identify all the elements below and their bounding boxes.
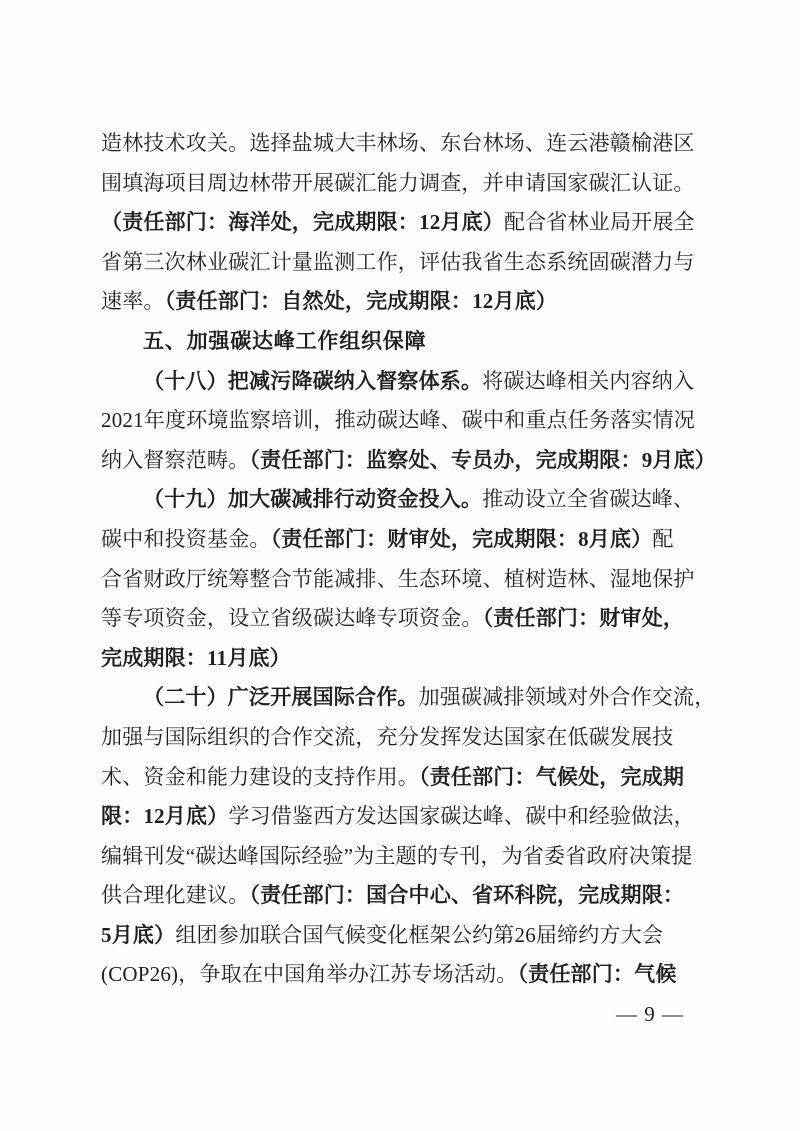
- text-run-kai: （责任部门：财审处，: [483, 606, 685, 630]
- text-line: 供合理化建议。（责任部门：国合中心、省环科院，完成期限：: [101, 876, 711, 916]
- text-run-body: 术、资金和能力建设的支持作用。: [101, 765, 419, 789]
- text-line: (COP26)，争取在中国角举办江苏专场活动。（责任部门：气候: [101, 955, 711, 995]
- text-run-body: 配合省林业局开展全: [504, 210, 695, 234]
- text-run-body: 造林技术攻关。选择盐城大丰林场、东台林场、连云港赣榆港区: [101, 131, 695, 155]
- text-line: 合省财政厅统筹整合节能减排、生态环境、植树造林、湿地保护: [101, 560, 711, 600]
- text-line: 等专项资金，设立省级碳达峰专项资金。（责任部门：财审处，: [101, 599, 711, 639]
- text-line: 省第三次林业碳汇计量监测工作，评估我省生态系统固碳潜力与: [101, 243, 711, 283]
- text-run-kai: 5月底）: [101, 923, 175, 947]
- text-line: （十九）加大碳减排行动资金投入。推动设立全省碳达峰、: [101, 480, 711, 520]
- text-run-kai: （责任部门：气候: [517, 962, 676, 986]
- text-run-body: 编辑刊发“碳达峰国际经验”为主题的专刊，为省委省政府决策提: [101, 844, 692, 868]
- text-run-kai: （责任部门：自然处，完成期限：12月底）: [165, 289, 558, 313]
- text-line: 碳中和投资基金。（责任部门：财审处，完成期限：8月底）配: [101, 520, 711, 560]
- text-line: 完成期限：11月底）: [101, 639, 711, 679]
- text-run-body: 加强与国际组织的合作交流，充分发挥发达国家在低碳发展技: [101, 725, 673, 749]
- text-line: 限：12月底）学习借鉴西方发达国家碳达峰、碳中和经验做法，: [101, 797, 711, 837]
- text-line: （二十）广泛开展国际合作。加强碳减排领域对外合作交流，: [101, 678, 711, 718]
- text-line: 加强与国际组织的合作交流，充分发挥发达国家在低碳发展技: [101, 718, 711, 758]
- text-run-kai: （责任部门：国合中心、省环科院，完成期限：: [249, 883, 684, 907]
- text-run-body: 供合理化建议。: [101, 883, 249, 907]
- text-run-body: 加强碳减排领域对外合作交流，: [419, 685, 716, 709]
- text-run-body: 速率。: [101, 289, 165, 313]
- text-run-body: 配: [652, 527, 673, 551]
- text-run-body: 学习借鉴西方发达国家碳达峰、碳中和经验做法，: [228, 804, 694, 828]
- text-run-kai: （责任部门：海洋处，完成期限：12月底）: [101, 210, 504, 234]
- page-number: — 9 —: [616, 1001, 684, 1027]
- text-run-body: 碳中和投资基金。: [101, 527, 271, 551]
- document-page: 造林技术攻关。选择盐城大丰林场、东台林场、连云港赣榆港区围填海项目周边林带开展碳…: [0, 0, 800, 1131]
- text-run-body: 2021年度环境监察培训，推动碳达峰、碳中和重点任务落实情况: [101, 408, 695, 432]
- text-line: （责任部门：海洋处，完成期限：12月底）配合省林业局开展全: [101, 203, 711, 243]
- text-line: （十八）把减污降碳纳入督察体系。将碳达峰相关内容纳入: [101, 362, 711, 402]
- text-line: 术、资金和能力建设的支持作用。（责任部门：气候处，完成期: [101, 758, 711, 798]
- text-run-body: 推动设立全省碳达峰、: [482, 487, 694, 511]
- text-run-lead: （二十）广泛开展国际合作。: [143, 685, 419, 709]
- text-run-body: 围填海项目周边林带开展碳汇能力调查，并申请国家碳汇认证。: [101, 171, 695, 195]
- text-line: 速率。（责任部门：自然处，完成期限：12月底）: [101, 282, 711, 322]
- text-run-lead: （十九）加大碳减排行动资金投入。: [143, 487, 482, 511]
- text-line: 纳入督察范畴。（责任部门：监察处、专员办，完成期限：9月底）: [101, 441, 711, 481]
- document-body: 造林技术攻关。选择盐城大丰林场、东台林场、连云港赣榆港区围填海项目周边林带开展碳…: [101, 124, 711, 995]
- text-run-lead: （十八）把减污降碳纳入督察体系。: [143, 369, 482, 393]
- text-line: 5月底）组团参加联合国气候变化框架公约第26届缔约方大会: [101, 916, 711, 956]
- text-run-kai: （责任部门：监察处、专员办，完成期限：9月底）: [249, 448, 716, 472]
- text-run-kai: 限：12月底）: [101, 804, 228, 828]
- text-run-kai: （责任部门：财审处，完成期限：8月底）: [271, 527, 653, 551]
- text-run-kai: （责任部门：气候处，完成期: [419, 765, 684, 789]
- text-run-body: 省第三次林业碳汇计量监测工作，评估我省生态系统固碳潜力与: [101, 250, 695, 274]
- text-run-body: 纳入督察范畴。: [101, 448, 249, 472]
- text-run-head: 五、加强碳达峰工作组织保障: [143, 330, 426, 353]
- text-run-body: 将碳达峰相关内容纳入: [482, 369, 694, 393]
- text-run-kai: 完成期限：11月底）: [101, 646, 291, 670]
- text-line: 2021年度环境监察培训，推动碳达峰、碳中和重点任务落实情况: [101, 401, 711, 441]
- text-line: 造林技术攻关。选择盐城大丰林场、东台林场、连云港赣榆港区: [101, 124, 711, 164]
- section-heading: 五、加强碳达峰工作组织保障: [101, 322, 711, 362]
- text-run-body: 组团参加联合国气候变化框架公约第26届缔约方大会: [175, 923, 663, 947]
- text-run-body: 等专项资金，设立省级碳达峰专项资金。: [101, 606, 483, 630]
- text-run-body: 合省财政厅统筹整合节能减排、生态环境、植树造林、湿地保护: [101, 567, 695, 591]
- text-line: 编辑刊发“碳达峰国际经验”为主题的专刊，为省委省政府决策提: [101, 837, 711, 877]
- text-line: 围填海项目周边林带开展碳汇能力调查，并申请国家碳汇认证。: [101, 164, 711, 204]
- text-run-body: (COP26)，争取在中国角举办江苏专场活动。: [101, 962, 517, 986]
